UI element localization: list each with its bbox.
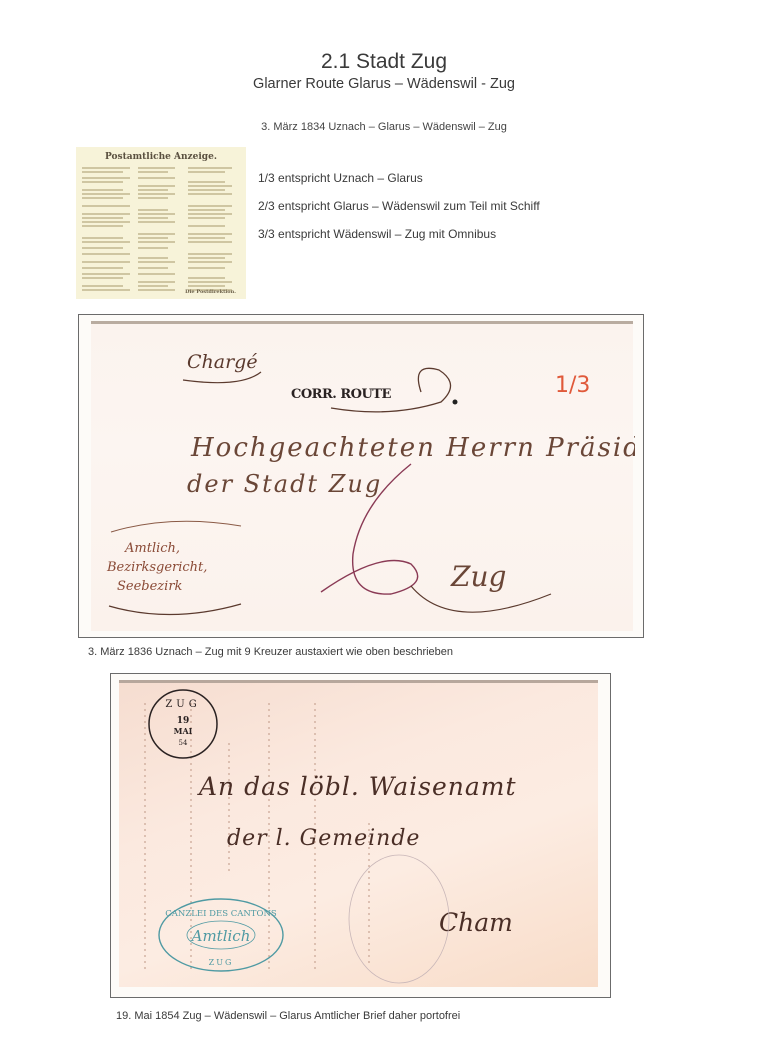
sender-note-line: Bezirksgericht,	[106, 560, 207, 575]
address-line: Hochgeachteten Herrn Präsidenten	[190, 433, 635, 463]
envelope-markings: ZUG 19 MAI 54 An das löbl. Waisenamt der…	[119, 683, 600, 992]
newspaper-clipping: Postamtliche Anzeige. Die Postdirektion.	[76, 147, 246, 299]
svg-text:CANZLEI DES CANTONS: CANZLEI DES CANTONS	[165, 909, 277, 919]
svg-text:19: 19	[177, 716, 190, 726]
route-note: 3/3 entspricht Wädenswil – Zug mit Omnib…	[258, 220, 540, 248]
postmark-zug: ZUG 19 MAI 54	[149, 690, 217, 758]
route-stamp: CORR. ROUTE	[291, 387, 391, 402]
envelope: ZUG 19 MAI 54 An das löbl. Waisenamt der…	[119, 680, 598, 987]
charge-mark: Chargé	[187, 351, 258, 373]
svg-text:54: 54	[179, 739, 188, 747]
envelope: Chargé CORR. ROUTE 1/3 Hochgeachteten He…	[91, 321, 633, 631]
envelope-markings: Chargé CORR. ROUTE 1/3 Hochgeachteten He…	[91, 324, 635, 634]
sender-note-line: Amtlich,	[124, 541, 180, 556]
svg-text:MAI: MAI	[174, 726, 193, 736]
svg-text:ZUG: ZUG	[209, 958, 234, 967]
sender-note-line: Seebezirk	[117, 579, 183, 594]
route-note: 1/3 entspricht Uznach – Glarus	[258, 164, 540, 192]
route-note: 2/3 entspricht Glarus – Wädenswil zum Te…	[258, 192, 540, 220]
letter-image-1836: Chargé CORR. ROUTE 1/3 Hochgeachteten He…	[78, 314, 644, 638]
page-title: 2.1 Stadt Zug	[0, 50, 768, 74]
page-subtitle: Glarner Route Glarus – Wädenswil - Zug	[0, 76, 768, 92]
svg-text:ZUG: ZUG	[165, 699, 200, 710]
letter-image-1854: ZUG 19 MAI 54 An das löbl. Waisenamt der…	[110, 673, 611, 998]
address-line: der l. Gemeinde	[227, 826, 420, 851]
route-notes: 1/3 entspricht Uznach – Glarus 2/3 entsp…	[258, 170, 540, 248]
letter-1-caption: 3. März 1836 Uznach – Zug mit 9 Kreuzer …	[88, 646, 453, 658]
svg-text:Amtlich: Amtlich	[190, 927, 251, 945]
clipping-signature: Die Postdirektion.	[185, 289, 236, 295]
destination: Cham	[439, 908, 513, 937]
letter-2-caption: 19. Mai 1854 Zug – Wädenswil – Glarus Am…	[116, 1010, 460, 1022]
address-line: An das löbl. Waisenamt	[197, 772, 517, 801]
fraction-mark: 1/3	[555, 373, 590, 398]
official-stamp: CANZLEI DES CANTONS Amtlich ZUG	[159, 899, 283, 971]
section-caption: 3. März 1834 Uznach – Glarus – Wädenswil…	[0, 121, 768, 133]
address-line: der Stadt Zug	[187, 470, 382, 498]
clipping-title: Postamtliche Anzeige.	[76, 152, 246, 162]
destination: Zug	[450, 560, 506, 593]
